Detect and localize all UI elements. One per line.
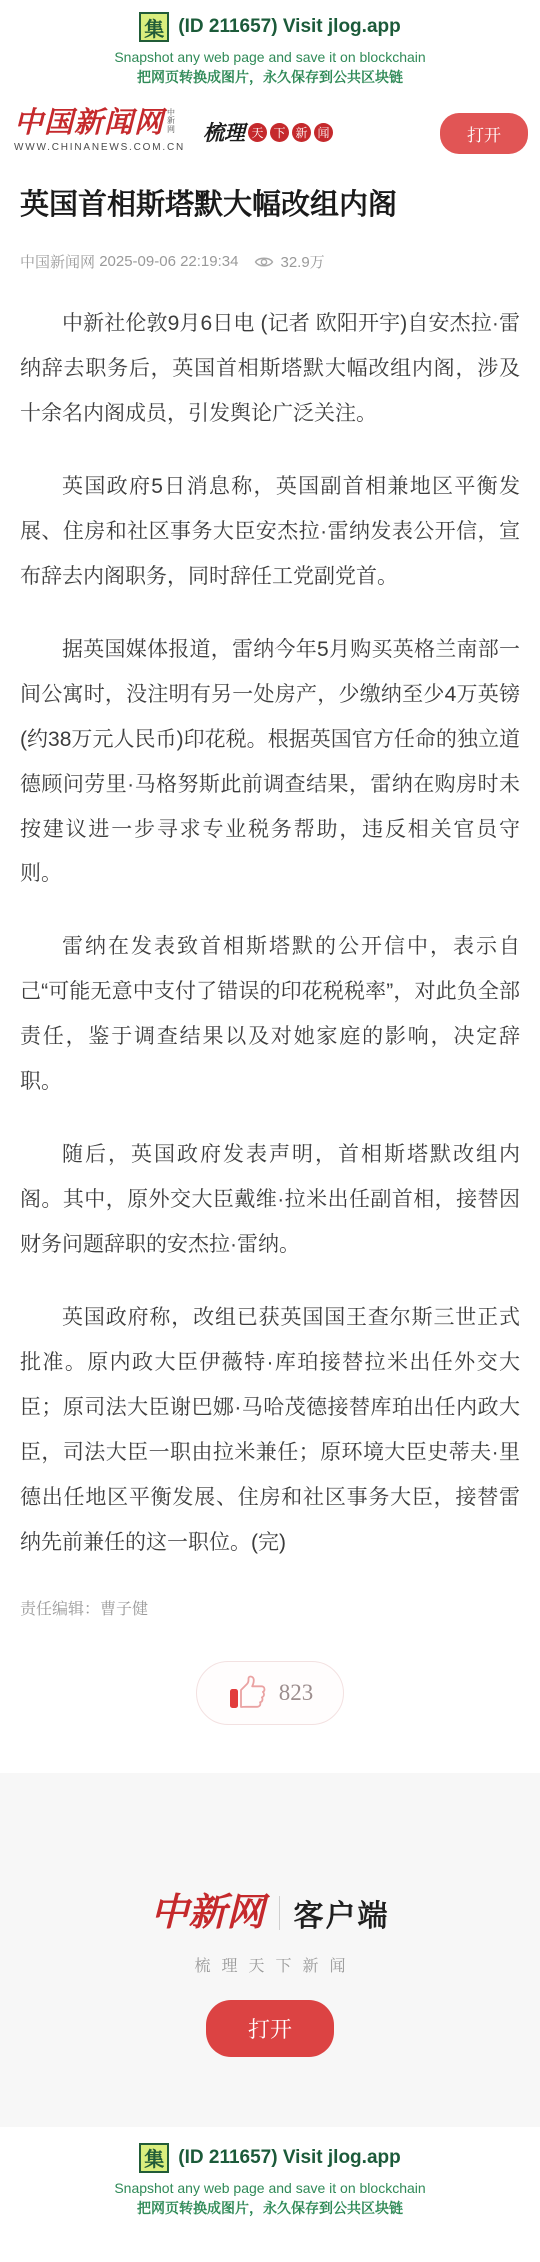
thumbs-up-icon [227, 1675, 267, 1711]
jlog-banner-title: (ID 211657) Visit jlog.app [178, 16, 400, 38]
article: 英国首相斯塔默大幅改组内阁 中国新闻网 2025-09-06 22:19:34 … [0, 186, 540, 1725]
article-paragraph: 据英国媒体报道，雷纳今年5月购买英格兰南部一间公寓时，没注明有另一处房产，少缴纳… [20, 628, 520, 898]
chinanews-logo-text: 中国新闻网 [14, 109, 164, 138]
article-body: 中新社伦敦9月6日电 (记者 欧阳开宇)自安杰拉·雷纳辞去职务后，英国首相斯塔默… [20, 302, 520, 1565]
footer-logo-divider [279, 1896, 280, 1930]
article-paragraph: 英国政府称，改组已获英国国王查尔斯三世正式批准。原内政大臣伊薇特·库珀接替拉米出… [20, 1296, 520, 1566]
chinanews-url: WWW.CHINANEWS.COM.CN [14, 142, 185, 153]
open-app-button-footer[interactable]: 打开 [206, 2000, 334, 2057]
jlog-banner-bottom: 集 (ID 211657) Visit jlog.app Snapshot an… [0, 2127, 540, 2232]
jlog-banner-link[interactable]: 集 (ID 211657) Visit jlog.app [139, 12, 400, 42]
view-count-value: 32.9万 [280, 251, 324, 272]
tagline-badge: 闻 [314, 123, 333, 142]
jlog-banner-subtitle-en: Snapshot any web page and save it on blo… [0, 49, 540, 65]
tagline-badges: 天下新闻 [248, 123, 333, 142]
article-datetime: 2025-09-06 22:19:34 [99, 253, 238, 270]
open-app-button-header[interactable]: 打开 [440, 113, 528, 154]
jlog-banner-subtitle-zh: 把网页转换成图片，永久保存到公共区块链 [0, 67, 540, 87]
tagline-badge: 天 [248, 123, 267, 142]
article-paragraph: 随后，英国政府发表声明，首相斯塔默改组内阁。其中，原外交大臣戴维·拉米出任副首相… [20, 1133, 520, 1268]
ji-logo-icon: 集 [139, 12, 169, 42]
footer-logo-text: 中新网 [150, 1894, 264, 1932]
eye-icon [254, 255, 274, 269]
jlog-banner-top: 集 (ID 211657) Visit jlog.app Snapshot an… [0, 0, 540, 101]
jlog-banner-link-bottom[interactable]: 集 (ID 211657) Visit jlog.app [139, 2143, 400, 2173]
tagline-prefix: 梳理 [203, 117, 245, 147]
footer-tagline: 梳理天下新闻 [0, 1953, 540, 1976]
like-count: 823 [279, 1680, 314, 1706]
chinanews-tagline: 梳理 天下新闻 [203, 117, 333, 147]
app-download-footer: 中新网 客户端 梳理天下新闻 打开 [0, 1773, 540, 2127]
jlog-banner-subtitle-zh-bottom: 把网页转换成图片，永久保存到公共区块链 [0, 2198, 540, 2218]
article-paragraph: 英国政府5日消息称，英国副首相兼地区平衡发展、住房和社区事务大臣安杰拉·雷纳发表… [20, 465, 520, 600]
site-header: 中国新闻网 中新网 WWW.CHINANEWS.COM.CN 梳理 天下新闻 打… [0, 101, 540, 160]
article-source: 中国新闻网 [20, 251, 95, 272]
footer-logo-client-label: 客户端 [294, 1891, 390, 1935]
jlog-banner-title-bottom: (ID 211657) Visit jlog.app [178, 2147, 400, 2169]
like-button[interactable]: 823 [196, 1661, 345, 1725]
chinanews-logo[interactable]: 中国新闻网 中新网 WWW.CHINANEWS.COM.CN [14, 109, 185, 153]
article-byline: 中国新闻网 2025-09-06 22:19:34 32.9万 [20, 251, 520, 272]
editor-credit: 责任编辑：曹子健 [20, 1596, 520, 1619]
jlog-banner-subtitle-en-bottom: Snapshot any web page and save it on blo… [0, 2180, 540, 2196]
article-title: 英国首相斯塔默大幅改组内阁 [20, 186, 520, 225]
like-row: 823 [20, 1661, 520, 1725]
article-paragraph: 中新社伦敦9月6日电 (记者 欧阳开宇)自安杰拉·雷纳辞去职务后，英国首相斯塔默… [20, 302, 520, 437]
view-count: 32.9万 [254, 251, 324, 272]
ji-logo-icon-bottom: 集 [139, 2143, 169, 2173]
footer-logo: 中新网 客户端 [0, 1891, 540, 1935]
article-paragraph: 雷纳在发表致首相斯塔默的公开信中，表示自己“可能无意中支付了错误的印花税税率”，… [20, 925, 520, 1105]
tagline-badge: 下 [270, 123, 289, 142]
tagline-badge: 新 [292, 123, 311, 142]
chinanews-logo-seal: 中新网 [167, 109, 175, 134]
